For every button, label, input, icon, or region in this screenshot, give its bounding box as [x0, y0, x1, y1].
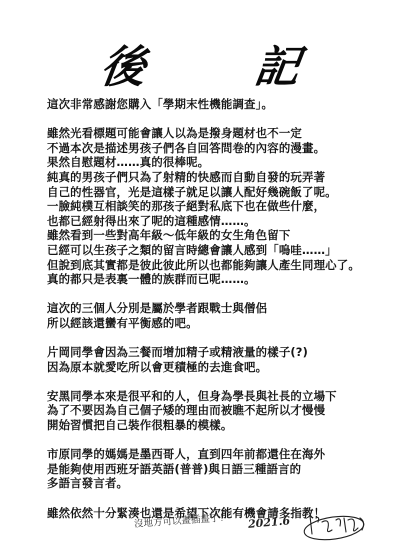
text-line: 這次非常感謝您購入「學期末性機能調查」。	[47, 97, 387, 112]
text-line: 不過本次是描述男孩子們各自回答問卷的內容的漫畫。	[47, 141, 387, 156]
text-line: 已經可以生孩子之類的留言時總會讓人感到「嗚哇……」	[47, 243, 387, 258]
text-line: 雖然光看標題可能會讓人以為是撥身題材也不一定	[47, 126, 387, 141]
page-title: 後 記	[0, 38, 400, 98]
text-line: 但說到底其實都是彼此彼此所以也都能夠讓人產生同理心了。	[47, 258, 387, 273]
signature-icon	[300, 508, 372, 542]
paragraph-thanks: 這次非常感謝您購入「學期末性機能調查」。	[47, 97, 387, 112]
text-line: 片岡同學會因為三餐而增加精子或精液量的樣子(?)	[47, 345, 387, 360]
text-line: 開始習慣把自己裝作很粗暴的模樣。	[47, 418, 387, 433]
text-line: 因為原本就愛吃所以會更積極的去進食吧。	[47, 360, 387, 375]
text-line: 為了不要因為自己個子矮的理由而被瞧不起所以才慢慢	[47, 403, 387, 418]
title-char-2: 記	[251, 38, 303, 98]
text-line: 自己的性器官，光是這樣子就足以讓人配好幾碗飯了呢。	[47, 185, 387, 200]
paragraph-anguro: 安黑同學本來是很平和的人，但身為學長與社長的立場下 為了不要因為自己個子矮的理由…	[47, 389, 387, 433]
afterword-body: 這次非常感謝您購入「學期末性機能調查」。 雖然光看標題可能會讓人以為是撥身題材也…	[47, 97, 387, 535]
text-line: 是能夠使用西班牙語英語(普普)與日語三種語言的	[47, 462, 387, 477]
text-line: 多語言發言者。	[47, 476, 387, 491]
text-line: 雖然看到一些對高年級～低年級的女生角色留下	[47, 228, 387, 243]
text-line: 這次的三個人分別是屬於學者跟戰士與僧侶	[47, 301, 387, 316]
paragraph-kataoka: 片岡同學會因為三餐而增加精子或精液量的樣子(?) 因為原本就愛吃所以會更積極的去…	[47, 345, 387, 374]
text-line: 純真的男孩子們只為了射精的快感而自動自發的玩弄著	[47, 170, 387, 185]
text-line: 市原同學的媽媽是墨西哥人，直到四年前都還住在海外	[47, 447, 387, 462]
paragraph-ichihara: 市原同學的媽媽是墨西哥人，直到四年前都還住在海外 是能夠使用西班牙語英語(普普)…	[47, 447, 387, 491]
text-line: 一臉純樸互相談笑的那孩子絕對私底下也在做些什麼，	[47, 199, 387, 214]
text-line: 真的都只是表裏一體的族群而已呢……。	[47, 272, 387, 287]
paragraph-three-characters: 這次的三個人分別是屬於學者跟戰士與僧侶 所以經該還蠻有平衡感的吧。	[47, 301, 387, 330]
title-char-1: 後	[97, 38, 149, 98]
text-line: 也都已經射得出來了呢的這種感情……。	[47, 214, 387, 229]
text-line: 果然自慰題材……真的很棒呢。	[47, 155, 387, 170]
paragraph-theme: 雖然光看標題可能會讓人以為是撥身題材也不一定 不過本次是描述男孩子們各自回答問卷…	[47, 126, 387, 287]
text-line: 安黑同學本來是很平和的人，但身為學長與社長的立場下	[47, 389, 387, 404]
text-line: 所以經該還蠻有平衡感的吧。	[47, 316, 387, 331]
